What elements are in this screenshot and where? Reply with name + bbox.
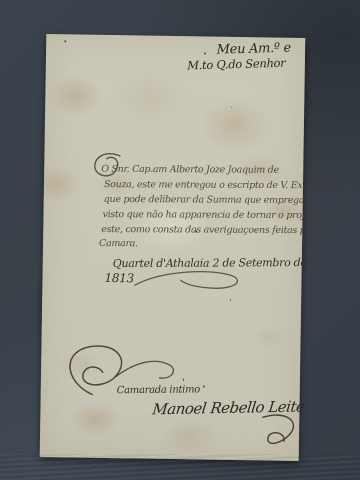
body-line: O Snr. Cap.am Alberto Joze Joaquim de [101,164,279,176]
ink-speck [230,299,231,301]
ink-speck [195,230,197,232]
body-line: este, como consta das averiguaçoens feit… [101,224,319,236]
ink-speck [64,40,66,42]
ink-speck [231,107,232,108]
year-flourish [132,267,247,295]
letter-paper: Meu Am.º e M.to Q.do Senhor O Snr. Cap.a… [40,34,306,461]
rubric-flourish [58,336,179,410]
closing-salutation: Camarada intimo [117,384,200,396]
body-line: Souza, este me entregou o escripto de V.… [104,179,338,191]
ink-speck [183,378,184,381]
ink-speck [203,385,205,387]
body-line: Camara. [99,238,138,249]
heading-line-2: M.to Q.do Senhor [187,56,292,73]
ink-speck [215,409,216,410]
year: 1813 [104,271,134,285]
body-line: que pode deliberar da Summa que emprega [104,194,305,206]
ink-speck [204,52,206,54]
body-line: visto que não ha apparencia de tornar o … [102,209,323,221]
photo-of-manuscript: Meu Am.º e M.to Q.do Senhor O Snr. Cap.a… [0,0,360,480]
signature-flourish [256,407,303,454]
letter-heading: Meu Am.º e M.to Q.do Senhor [186,42,291,73]
